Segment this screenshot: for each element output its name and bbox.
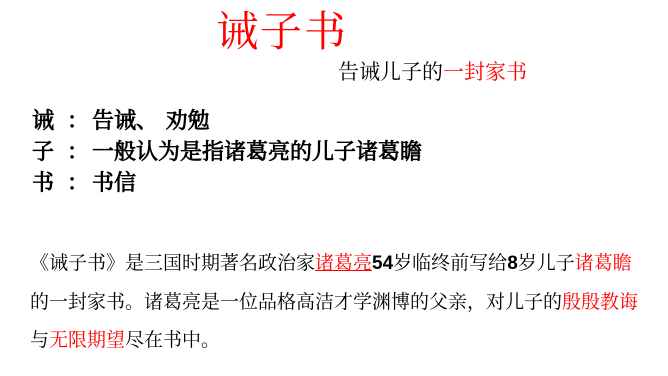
page-title: 诫子书 (216, 4, 348, 60)
definition-text: 一般认为是指诸葛亮的儿子诸葛瞻 (92, 138, 422, 168)
para-age-8: 8 (507, 253, 518, 274)
definition-term: 子 (32, 138, 64, 168)
subtitle-black: 告诫儿子的 (338, 60, 443, 84)
definition-colon: ： (64, 138, 92, 168)
definition-colon: ： (64, 169, 92, 199)
para-text: 与 (30, 329, 49, 351)
para-highlight-zhuge-liang: 诸葛亮 (315, 252, 372, 274)
subtitle: 告诫儿子的一封家书 (338, 58, 527, 86)
definition-colon: ： (64, 107, 92, 137)
para-highlight-zhuge-zhan: 诸葛瞻 (575, 252, 632, 274)
definition-term: 诫 (32, 107, 64, 137)
definition-term: 书 (32, 169, 64, 199)
para-highlight-hope: 无限期望 (49, 329, 125, 351)
para-text: 尽在书中。 (125, 329, 220, 351)
definition-row: 子 ： 一般认为是指诸葛亮的儿子诸葛瞻 (32, 137, 422, 168)
subtitle-red: 一封家书 (443, 60, 527, 84)
definition-text: 书信 (92, 169, 136, 199)
definition-list: 诫 ： 告诫、 劝勉 子 ： 一般认为是指诸葛亮的儿子诸葛瞻 书 ： 书信 (32, 106, 422, 199)
para-age-54: 54 (372, 253, 393, 274)
definition-row: 诫 ： 告诫、 劝勉 (32, 106, 422, 137)
definition-text: 告诫、 劝勉 (92, 107, 210, 137)
para-text: 岁儿子 (518, 252, 575, 274)
para-text: 岁临终前写给 (393, 252, 507, 274)
para-text: 《诫子书》是三国时期著名政治家 (30, 252, 315, 274)
para-text: 的一封家书。诸葛亮是一位品格高洁才学渊博的父亲，对儿子的 (30, 291, 562, 313)
definition-row: 书 ： 书信 (32, 168, 422, 199)
intro-paragraph: 《诫子书》是三国时期著名政治家诸葛亮54岁临终前写给8岁儿子诸葛瞻的一封家书。诸… (30, 244, 650, 359)
para-highlight-teaching: 殷殷教诲 (562, 291, 638, 313)
